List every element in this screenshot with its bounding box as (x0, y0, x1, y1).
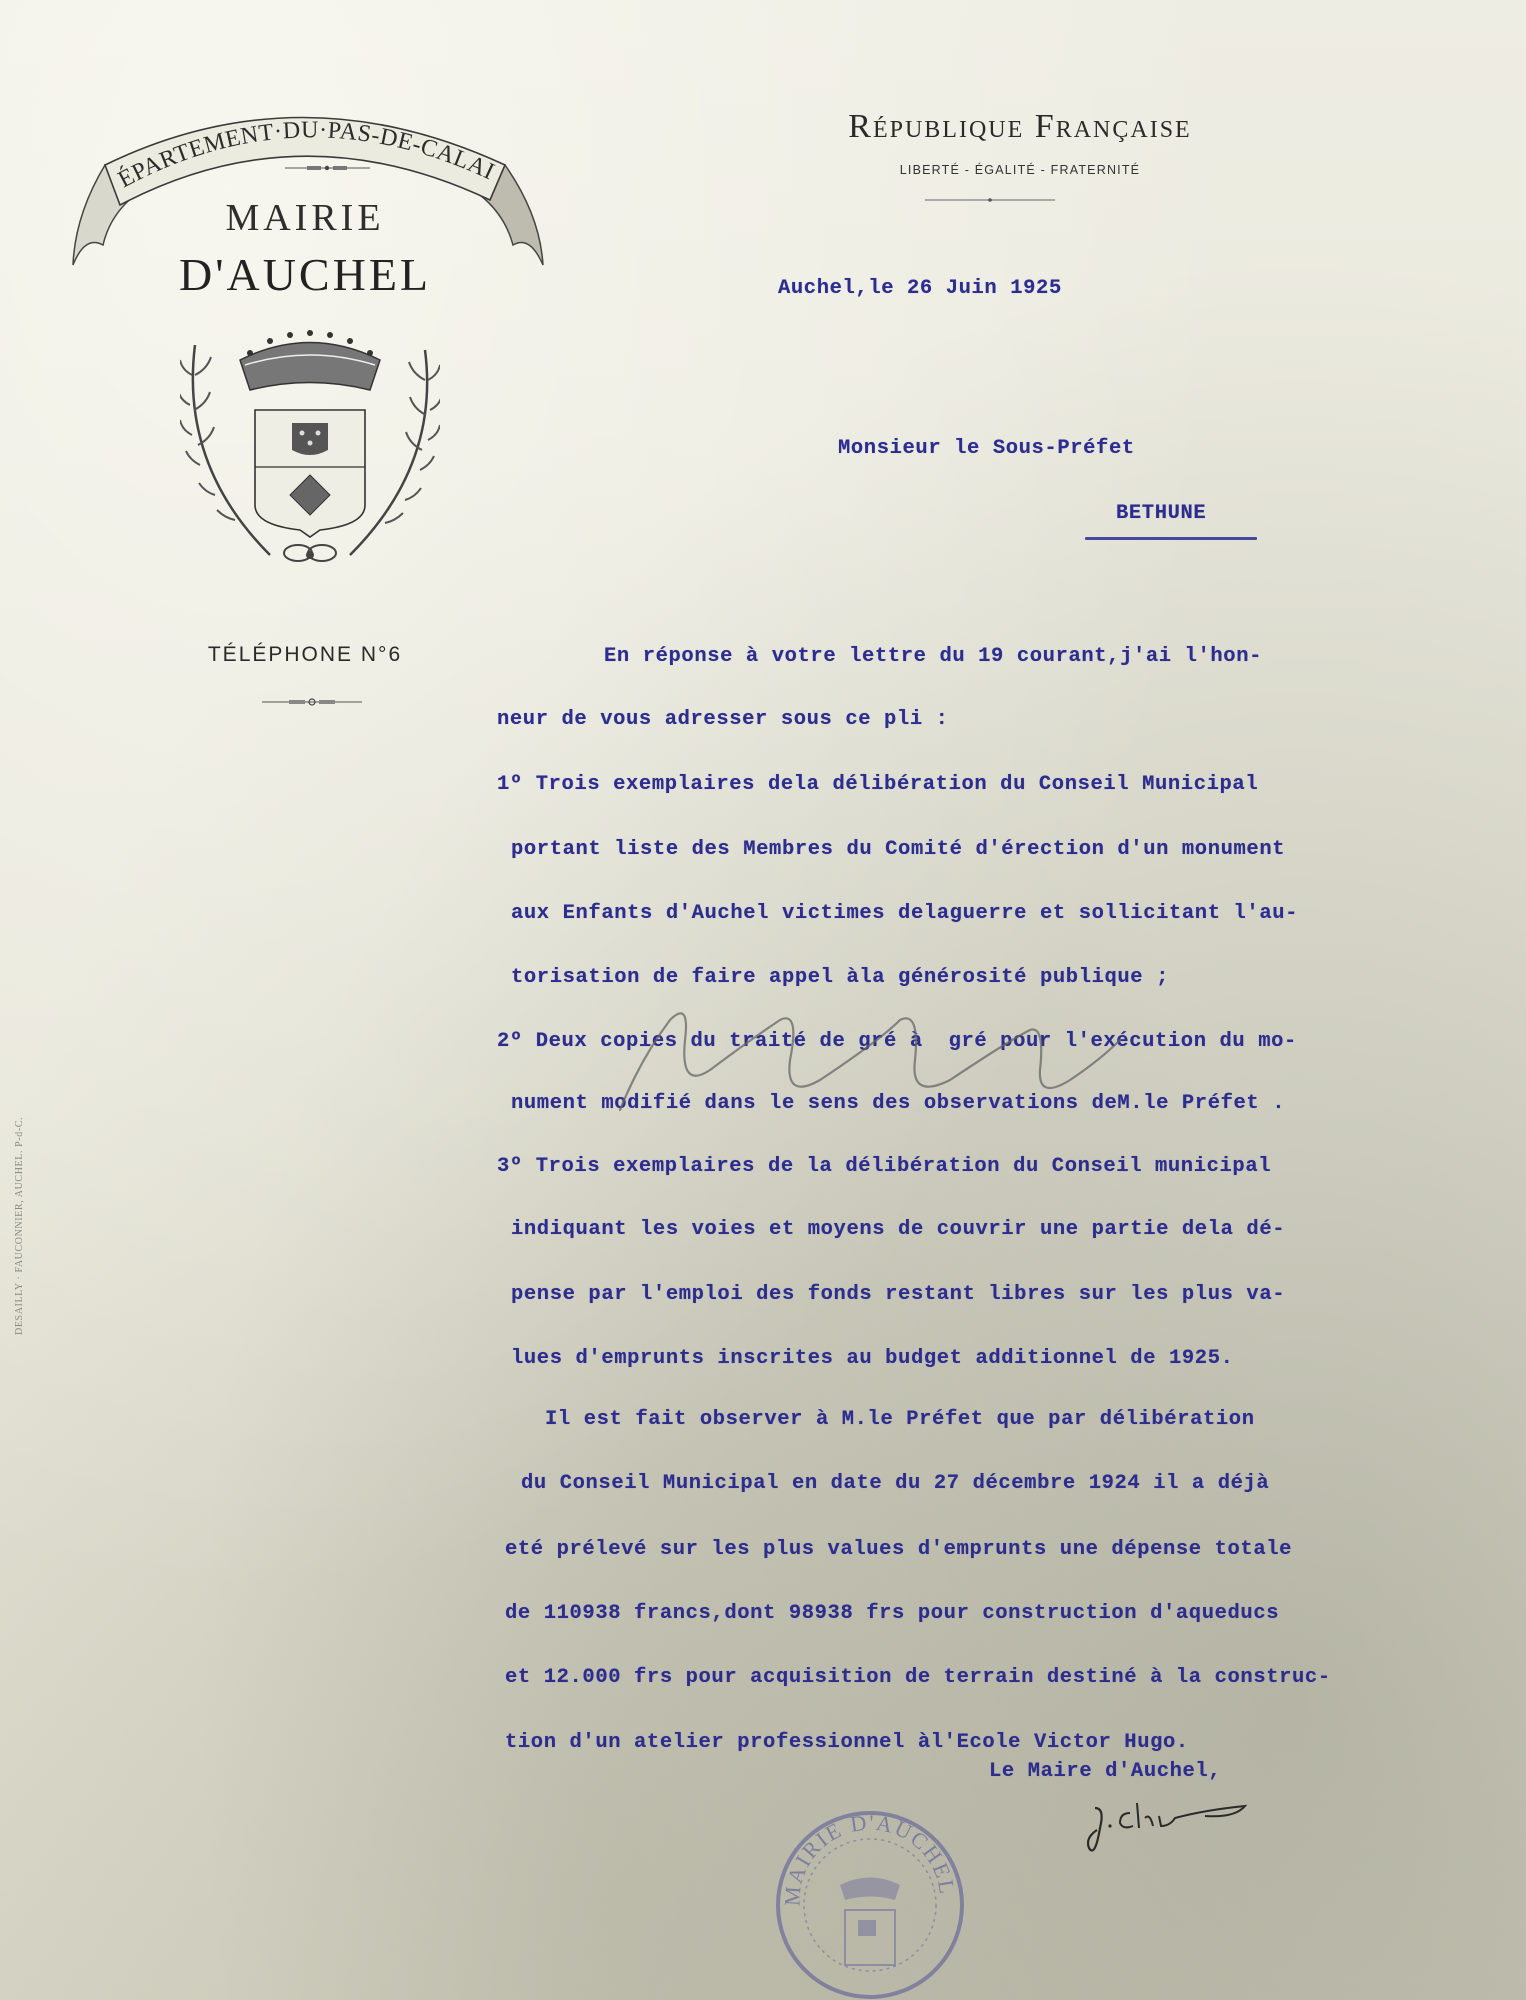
body-line: eté prélevé sur les plus values d'emprun… (505, 1538, 1292, 1561)
body-line: En réponse à votre lettre du 19 courant,… (604, 645, 1262, 668)
department-ribbon-text: DÉPARTEMENT·DU·PAS-DE-CALAIS (65, 95, 499, 193)
republic-heading: République Française (690, 108, 1350, 146)
body-line: 1º Trois exemplaires dela délibération d… (497, 773, 1258, 796)
department-ribbon: DÉPARTEMENT·DU·PAS-DE-CALAIS (65, 95, 550, 270)
city-underline (1085, 537, 1257, 540)
body-line: lues d'emprunts inscrites au budget addi… (511, 1347, 1234, 1370)
telephone-number: TÉLÉPHONE N°6 (0, 643, 610, 667)
body-line: neur de vous adresser sous ce pli : (497, 708, 949, 731)
body-line: portant liste des Membres du Comité d'ér… (511, 838, 1285, 861)
body-line: 3º Trois exemplaires de la délibération … (497, 1155, 1271, 1178)
closing-signatory: Le Maire d'Auchel, (989, 1760, 1221, 1783)
printer-mark: DESAILLY · FAUCONNIER, AUCHEL. P-d-C. (8, 1065, 34, 1335)
pencil-scribble-icon (600, 1000, 1400, 1120)
body-line: indiquant les voies et moyens de couvrir… (511, 1218, 1285, 1241)
ornament-divider-icon (285, 162, 370, 174)
body-line: torisation de faire appel àla générosité… (511, 966, 1169, 989)
mairie-title: MAIRIE (0, 196, 610, 240)
town-title: D'AUCHEL (0, 248, 610, 301)
recipient-city: BETHUNE (1116, 502, 1206, 525)
republic-motto: LIBERTÉ - ÉGALITÉ - FRATERNITÉ (690, 163, 1350, 177)
body-line: aux Enfants d'Auchel victimes delaguerre… (511, 902, 1298, 925)
place-date: Auchel,le 26 Juin 1925 (778, 277, 1062, 300)
recipient: Monsieur le Sous-Préfet (838, 437, 1135, 460)
ornament-divider-icon (262, 696, 362, 708)
official-stamp-icon: MAIRIE D'AUCHEL (760, 1785, 970, 2000)
body-line: et 12.000 frs pour acquisition de terrai… (505, 1666, 1331, 1689)
body-line: tion d'un atelier professionnel àl'Ecole… (505, 1731, 1189, 1754)
body-line: du Conseil Municipal en date du 27 décem… (521, 1472, 1269, 1495)
body-line: pense par l'emploi des fonds restant lib… (511, 1283, 1285, 1306)
body-line: Il est fait observer à M.le Préfet que p… (545, 1408, 1255, 1431)
ornament-divider-icon (925, 196, 1055, 204)
body-line: de 110938 francs,dont 98938 frs pour con… (505, 1602, 1279, 1625)
coat-of-arms-icon (180, 315, 440, 570)
handwritten-signature-icon (1075, 1788, 1255, 1863)
